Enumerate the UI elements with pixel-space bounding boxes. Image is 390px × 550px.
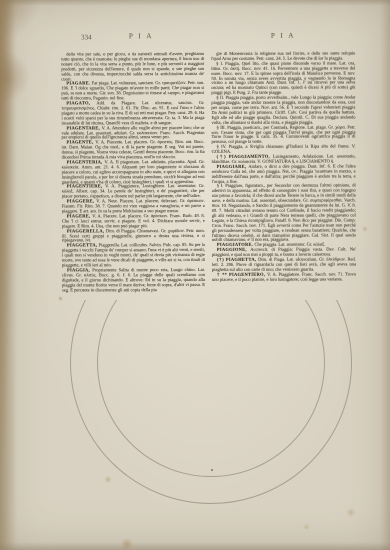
entry-headword: PIAGENTARE,	[66, 125, 101, 130]
running-head-left: P I A	[109, 32, 173, 40]
running-head-right: P I A	[251, 32, 315, 40]
continuation-paragraph: § II. Piaggia piaggia, posto avverbialm.…	[211, 96, 355, 126]
entry-paragraph: PIAGERE, V. A. Piacere. Lat. placere. Gr…	[62, 214, 205, 229]
continuation-paragraph: § III. Piaggia, poeticam., per Contrada,…	[211, 125, 355, 145]
entry-headword: PIAGGERE,	[67, 199, 97, 204]
continuation-paragraph: della vita per sale, o per gioco, o da n…	[61, 52, 204, 82]
continuation-paragraph: § I. Piaggiare, figuratam., per Secondar…	[212, 184, 356, 243]
entry-paragraph: PIAGARE. Far piaga. Lat. vulnerare, sauc…	[61, 81, 204, 101]
entry-headword: PIAGENTERIA,	[67, 159, 105, 164]
entry-headword: PIAGENTIERE,	[67, 184, 105, 189]
entry-headword: (†) PIAGGIAMENTO,	[217, 154, 273, 159]
entry-paragraph: PIAGGIARE, Andare, o dirsi a dire piaggi…	[212, 164, 356, 184]
entry-headword: † ** PIAGENTIERO,	[217, 272, 267, 277]
entry-paragraph: PIAGGIA, Propriamente Salita di monte po…	[62, 268, 205, 293]
entry-headword: PIAGGIA,	[67, 267, 92, 272]
continuation-paragraph: § I. Piaggia, Quel lito, che quasi piano…	[211, 61, 355, 96]
entry-paragraph: † ** PIAGENTIERO, V. A. Piaggiatore. Fra…	[212, 272, 356, 282]
entry-paragraph: PIAGENTE, V. A. Piacente. Lat. placens. …	[62, 140, 205, 160]
entry-headword: PIAGENTE,	[67, 140, 96, 145]
entry-paragraph: PIAGATO, Add. da Piagare. Lat. ulceratus…	[61, 101, 204, 126]
column-right: gie di Monemvasia la religione sua nel f…	[211, 51, 356, 450]
column-left: della vita per sale, o per gioco, o da n…	[61, 52, 205, 442]
entry-paragraph: PIAGENTERIA, V. A. Il piagentare. Lat. a…	[62, 160, 205, 185]
entry-headword: PIAGGERELLA,	[67, 228, 106, 233]
entry-headword: PIAGGIONE,	[217, 247, 250, 252]
entry-headword: (†) PIAGHETTA,	[217, 257, 258, 262]
entry-paragraph: (†) PIAGHETTA, Dim. di Piaga. Lat. ulcus…	[212, 258, 356, 273]
page-content: 334 P I A P I A della vita per sale, o p…	[0, 0, 390, 550]
entry-paragraph: PIAGGETTA, Piaggerella. Lat. colliculus.…	[62, 243, 205, 268]
entry-headword: PIAGERE,	[67, 213, 92, 218]
entry-headword: PIAGARE.	[66, 81, 91, 86]
entry-headword: PIAGATO,	[66, 100, 96, 105]
scanned-dictionary-page: 334 P I A P I A della vita per sale, o p…	[0, 0, 390, 550]
entry-headword: PIAGGIARE,	[217, 164, 249, 169]
entry-headword: PIAGGETTA,	[67, 243, 99, 248]
page-number: 334	[81, 33, 92, 41]
